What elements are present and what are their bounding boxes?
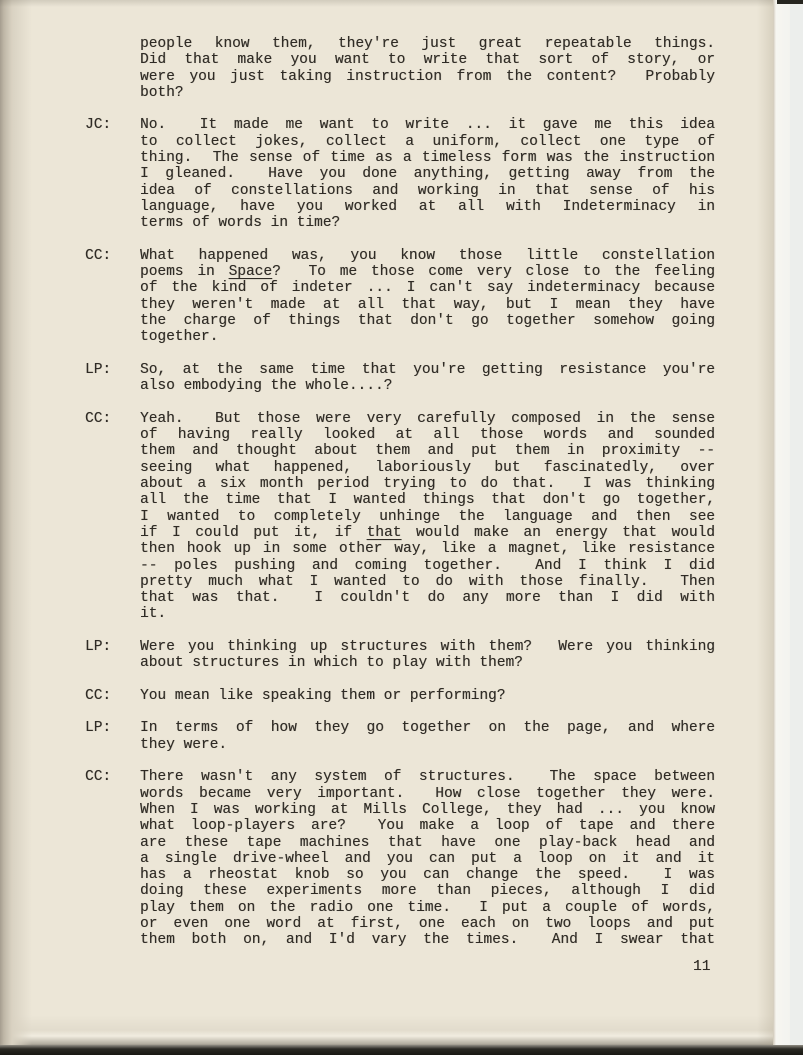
transcript-line: were you just taking instruction from th… — [140, 69, 715, 85]
scan-border-top — [777, 0, 803, 4]
transcript-line: about structures in which to play with t… — [140, 655, 715, 671]
transcript-line: thing. The sense of time as a timeless f… — [140, 150, 715, 166]
transcript-line: if I could put it, if that would make an… — [140, 525, 715, 541]
speaker-label: LP: — [85, 720, 140, 753]
underlined-word: that — [367, 525, 402, 541]
transcript-line: idea of constellations and working in th… — [140, 183, 715, 199]
transcript-line: There wasn't any system of structures. T… — [140, 769, 715, 785]
speaker-label: CC: — [85, 411, 140, 623]
paragraph-body: people know them, they're just great rep… — [140, 36, 715, 101]
transcript-line: words became very important. How close t… — [140, 786, 715, 802]
page-number: 11 — [693, 959, 710, 975]
transcript-line: terms of words in time? — [140, 215, 715, 231]
speaker-label: CC: — [85, 248, 140, 346]
transcript-paragraph: CC:What happened was, you know those lit… — [85, 248, 715, 346]
transcript-line: doing these experiments more than pieces… — [140, 883, 715, 899]
transcript-paragraph: LP:In terms of how they go together on t… — [85, 720, 715, 753]
speaker-label: CC: — [85, 769, 140, 948]
transcript-line: also embodying the whole....? — [140, 378, 715, 394]
transcript-line: Yeah. But those were very carefully comp… — [140, 411, 715, 427]
transcript-line: a single drive-wheel and you can put a l… — [140, 851, 715, 867]
transcript-line: them both on, and I'd vary the times. An… — [140, 932, 715, 948]
transcript-line: pretty much what I wanted to do with tho… — [140, 574, 715, 590]
transcript-line: of having really looked at all those wor… — [140, 427, 715, 443]
transcript: people know them, they're just great rep… — [85, 36, 715, 949]
transcript-line: they were. — [140, 737, 715, 753]
transcript-line: they weren't made at all that way, but I… — [140, 297, 715, 313]
transcript-line: all the time that I wanted things that d… — [140, 492, 715, 508]
transcript-line: When I was working at Mills College, the… — [140, 802, 715, 818]
paragraph-body: What happened was, you know those little… — [140, 248, 715, 346]
transcript-line: together. — [140, 329, 715, 345]
transcript-paragraph: LP:So, at the same time that you're gett… — [85, 362, 715, 395]
speaker-label — [85, 36, 140, 101]
transcript-line: Did that make you want to write that sor… — [140, 52, 715, 68]
scanned-page-scan: people know them, they're just great rep… — [0, 0, 803, 1055]
transcript-line: to collect jokes, collect a uniform, col… — [140, 134, 715, 150]
transcript-line: it. — [140, 606, 715, 622]
transcript-line: what loop-players are? You make a loop o… — [140, 818, 715, 834]
transcript-paragraph: people know them, they're just great rep… — [85, 36, 715, 101]
transcript-line: In terms of how they go together on the … — [140, 720, 715, 736]
transcript-line: What happened was, you know those little… — [140, 248, 715, 264]
transcript-paragraph: JC:No. It made me want to write ... it g… — [85, 117, 715, 231]
speaker-label: LP: — [85, 639, 140, 672]
speaker-label: CC: — [85, 688, 140, 704]
page-right-edge — [773, 0, 790, 1046]
transcript-paragraph: CC:You mean like speaking them or perfor… — [85, 688, 715, 704]
transcript-line: has a rheostat knob so you can change th… — [140, 867, 715, 883]
transcript-line: of the kind of indeter ... I can't say i… — [140, 280, 715, 296]
paragraph-body: In terms of how they go together on the … — [140, 720, 715, 753]
speaker-label: LP: — [85, 362, 140, 395]
transcript-line: -- poles pushing and coming together. An… — [140, 558, 715, 574]
transcript-line: both? — [140, 85, 715, 101]
transcript-line: people know them, they're just great rep… — [140, 36, 715, 52]
paragraph-body: There wasn't any system of structures. T… — [140, 769, 715, 948]
transcript-line: Were you thinking up structures with the… — [140, 639, 715, 655]
paragraph-body: Yeah. But those were very carefully comp… — [140, 411, 715, 623]
transcript-line: the charge of things that don't go toget… — [140, 313, 715, 329]
paragraph-body: So, at the same time that you're getting… — [140, 362, 715, 395]
paragraph-body: No. It made me want to write ... it gave… — [140, 117, 715, 231]
transcript-line: about a six month period trying to do th… — [140, 476, 715, 492]
paragraph-body: You mean like speaking them or performin… — [140, 688, 715, 704]
underlined-word: Space — [229, 264, 273, 280]
scan-border-bottom — [0, 1045, 803, 1055]
transcript-line: seeing what happened, laboriously but fa… — [140, 460, 715, 476]
transcript-line: No. It made me want to write ... it gave… — [140, 117, 715, 133]
speaker-label: JC: — [85, 117, 140, 231]
transcript-paragraph: CC:There wasn't any system of structures… — [85, 769, 715, 948]
transcript-line: that was that. I couldn't do any more th… — [140, 590, 715, 606]
transcript-line: So, at the same time that you're getting… — [140, 362, 715, 378]
transcript-line: are these tape machines that have one pl… — [140, 835, 715, 851]
transcript-line: them and thought about them and put them… — [140, 443, 715, 459]
transcript-line: then hook up in some other way, like a m… — [140, 541, 715, 557]
transcript-line: I gleaned. Have you done anything, getti… — [140, 166, 715, 182]
transcript-line: language, have you worked at all with In… — [140, 199, 715, 215]
scanner-background — [790, 0, 803, 1055]
paragraph-body: Were you thinking up structures with the… — [140, 639, 715, 672]
transcript-line: poems in Space? To me those come very cl… — [140, 264, 715, 280]
transcript-paragraph: CC:Yeah. But those were very carefully c… — [85, 411, 715, 623]
transcript-line: You mean like speaking them or performin… — [140, 688, 715, 704]
transcript-paragraph: LP:Were you thinking up structures with … — [85, 639, 715, 672]
transcript-line: play them on the radio one time. I put a… — [140, 900, 715, 916]
transcript-line: or even one word at first, one each on t… — [140, 916, 715, 932]
transcript-line: I wanted to completely unhinge the langu… — [140, 509, 715, 525]
